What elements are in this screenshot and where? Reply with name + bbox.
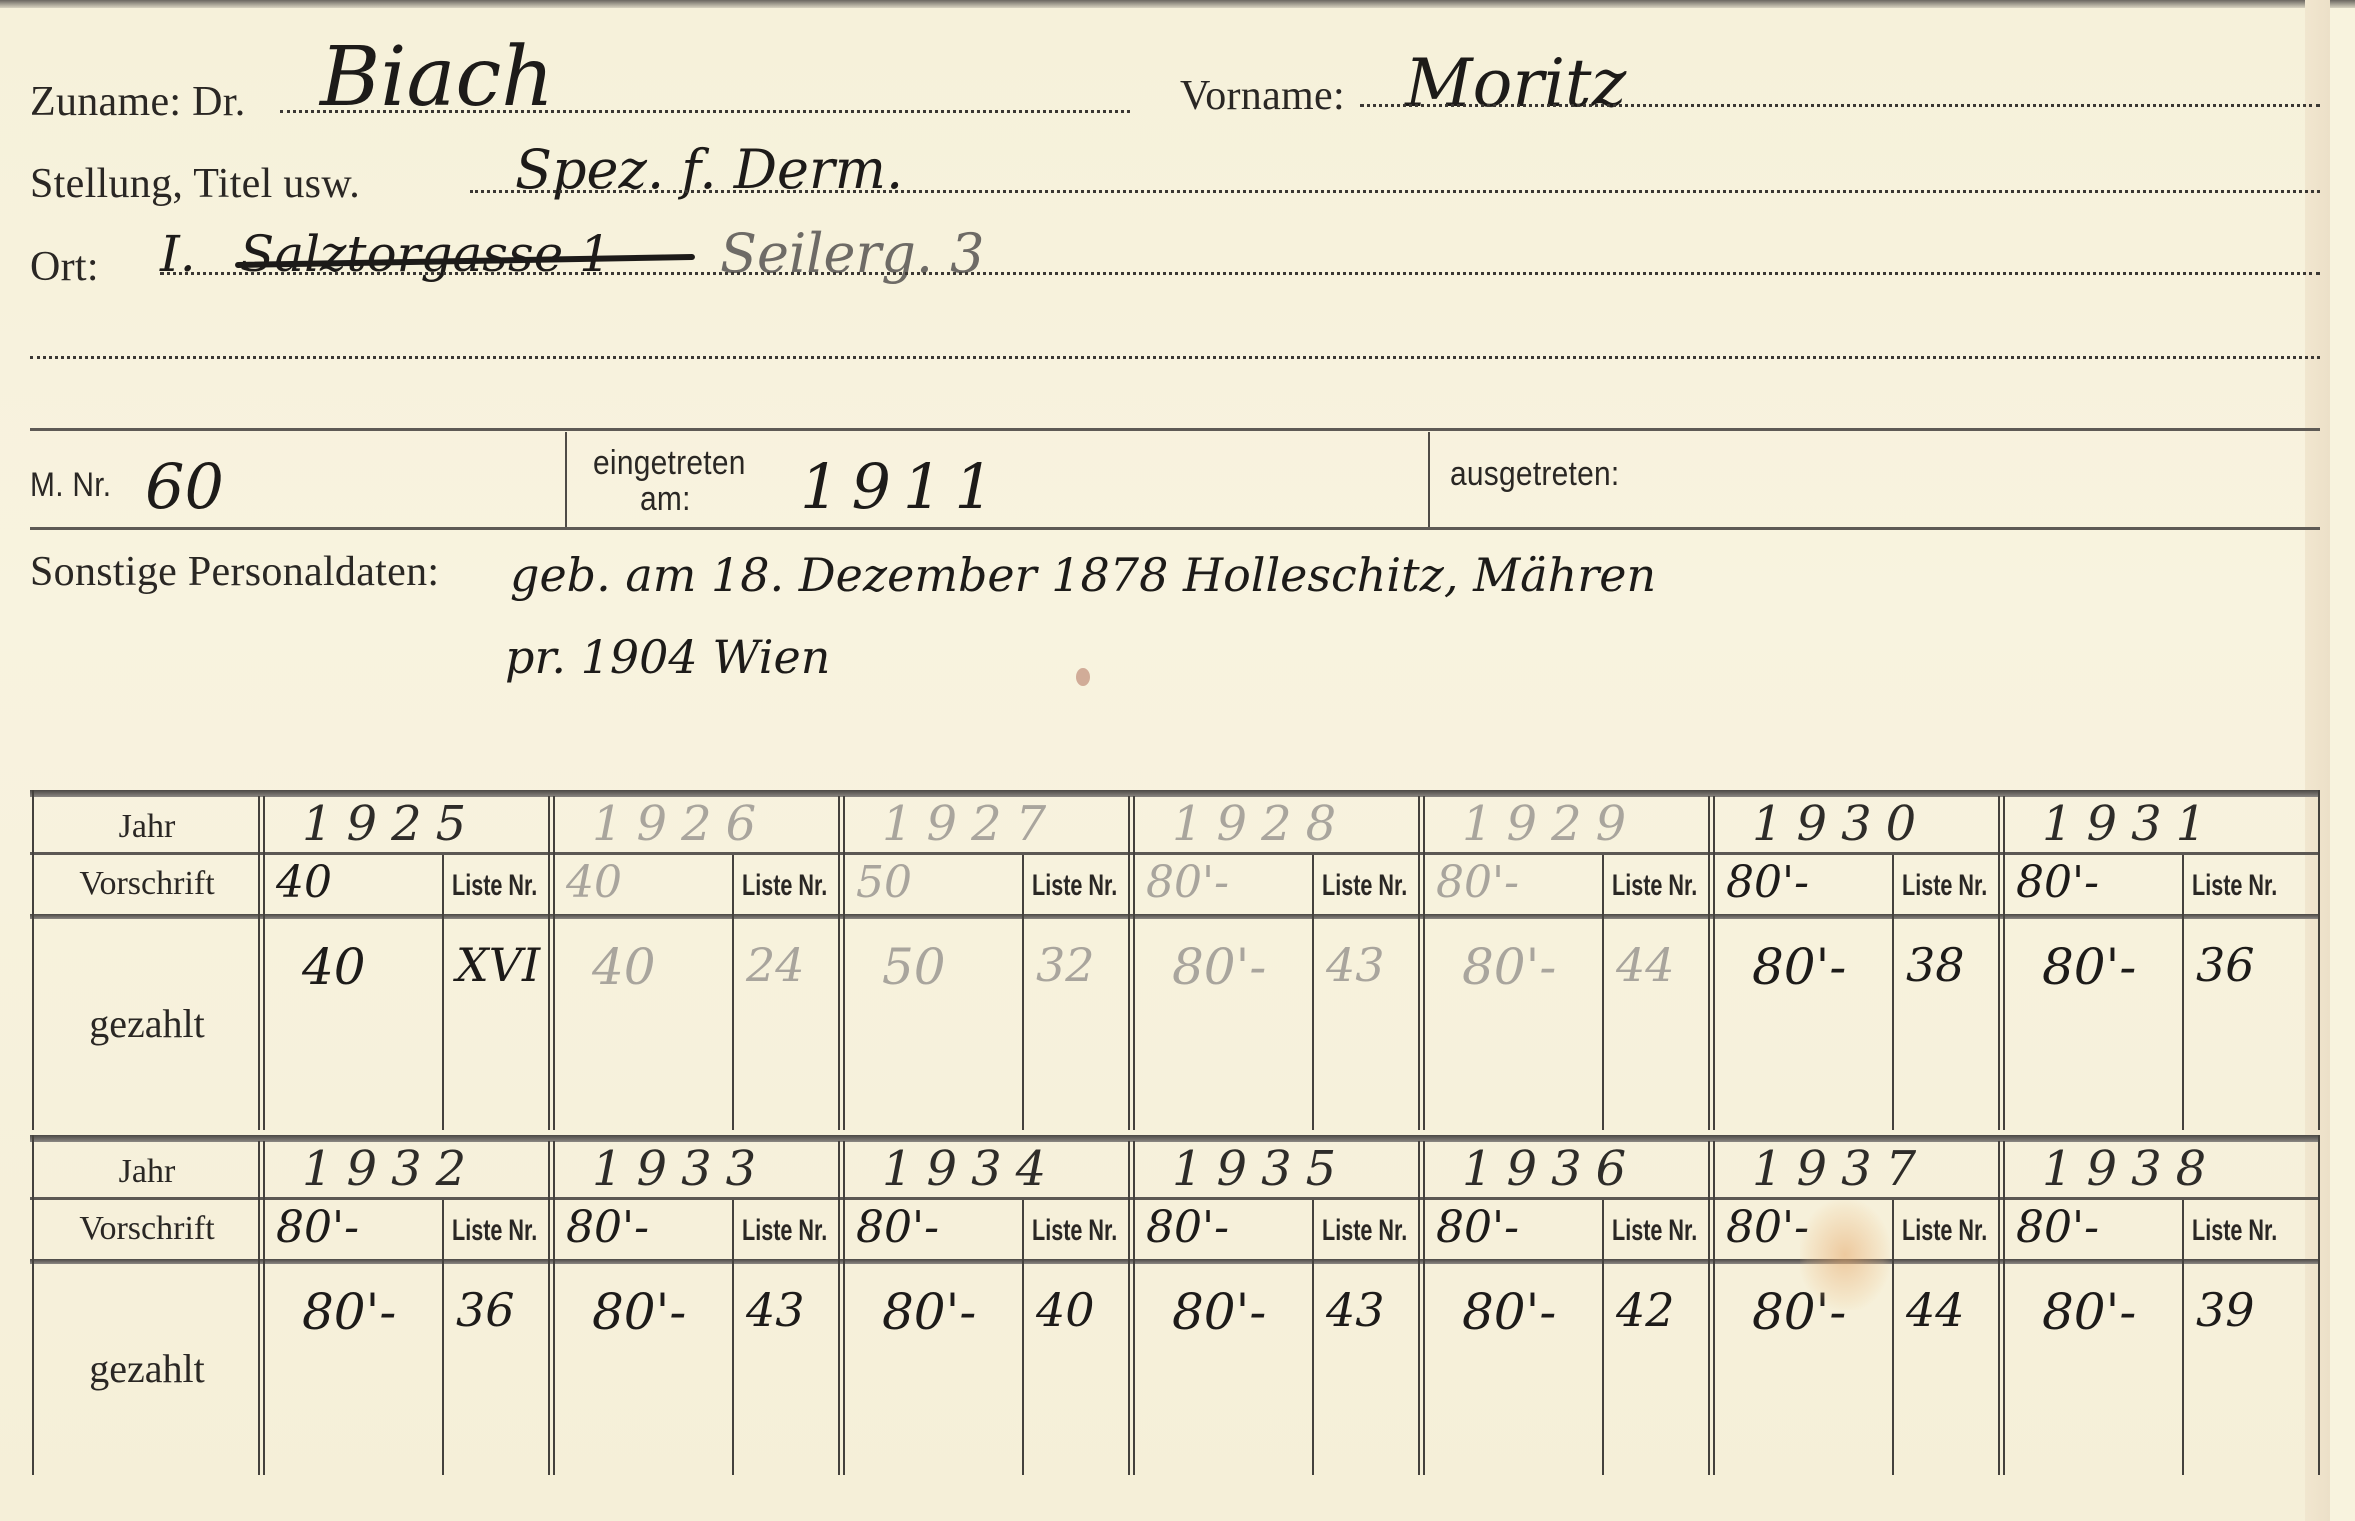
year-value: 1925 (302, 796, 480, 852)
blank-line (30, 356, 2320, 359)
row-label-vorschrift: Vorschrift (32, 1210, 262, 1248)
ausgetreten-label: ausgetreten: (1450, 455, 1620, 494)
vorname-label: Vorname: (1180, 72, 1345, 120)
year-divider (1418, 1141, 1425, 1475)
year-divider (258, 796, 265, 1130)
gezahlt-value: 80'- (1462, 1283, 1556, 1341)
liste-nr-value: 39 (2196, 1283, 2255, 1337)
liste-divider (732, 1200, 734, 1475)
liste-nr-value: XVI (456, 938, 540, 992)
liste-nr-value: 32 (1036, 938, 1095, 992)
liste-nr-value: 36 (2196, 938, 2255, 992)
divider (1428, 432, 1430, 527)
row-divider (30, 1197, 2320, 1200)
mnr-value: 60 (145, 450, 224, 523)
vorschrift-value: 80'- (2016, 1202, 2099, 1253)
liste-divider (442, 855, 444, 1130)
stellung-label: Stellung, Titel usw. (30, 160, 360, 208)
vorschrift-value: 40 (276, 857, 332, 908)
year-value: 1938 (2042, 1141, 2220, 1197)
year-divider (1128, 796, 1135, 1130)
ort-label: Ort: (30, 243, 99, 291)
year-value: 1936 (1462, 1141, 1640, 1197)
liste-nr-label: Liste Nr. (1032, 869, 1117, 903)
vorschrift-value: 50 (856, 857, 912, 908)
table-right-border (2318, 1135, 2320, 1475)
vorschrift-value: 40 (566, 857, 622, 908)
liste-nr-value: 43 (746, 1283, 805, 1337)
gezahlt-value: 40 (592, 938, 656, 996)
vorschrift-value: 80'- (276, 1202, 359, 1253)
liste-nr-label: Liste Nr. (1032, 1214, 1117, 1248)
mnr-label: M. Nr. (30, 466, 111, 505)
year-value: 1929 (1462, 796, 1640, 852)
liste-nr-label: Liste Nr. (742, 869, 827, 903)
year-divider (1418, 796, 1425, 1130)
liste-nr-value: 24 (746, 938, 805, 992)
ort-value: Seilerg. 3 (720, 222, 985, 285)
stain (1800, 1200, 1890, 1310)
liste-nr-label: Liste Nr. (452, 1214, 537, 1248)
vorschrift-value: 80'- (856, 1202, 939, 1253)
gezahlt-value: 80'- (1172, 1283, 1266, 1341)
eingetreten-label: eingetreten (593, 444, 746, 483)
section-rule-top (30, 428, 2320, 431)
row-label-jahr: Jahr (32, 808, 262, 846)
vorschrift-value: 80'- (1726, 857, 1809, 908)
liste-divider (442, 1200, 444, 1475)
liste-nr-label: Liste Nr. (1612, 1214, 1697, 1248)
section-rule-bottom (30, 527, 2320, 530)
year-value: 1926 (592, 796, 770, 852)
eingetreten-value: 1911 (800, 450, 1006, 523)
year-divider (838, 1141, 845, 1475)
gezahlt-value: 80'- (1752, 938, 1846, 996)
row-divider-heavy (30, 1259, 2320, 1264)
gezahlt-value: 80'- (302, 1283, 396, 1341)
vorschrift-value: 80'- (1146, 1202, 1229, 1253)
sonstige-line-1: geb. am 18. Dezember 1878 Holleschitz, M… (510, 548, 1656, 602)
liste-nr-value: 36 (456, 1283, 515, 1337)
year-divider (548, 1141, 555, 1475)
liste-nr-label: Liste Nr. (2192, 1214, 2277, 1248)
liste-divider (1312, 855, 1314, 1130)
row-divider (30, 852, 2320, 855)
year-divider (258, 1141, 265, 1475)
row-label-gezahlt: gezahlt (32, 1345, 262, 1392)
row-label-gezahlt: gezahlt (32, 1000, 262, 1047)
year-divider (1998, 1141, 2005, 1475)
vorschrift-value: 80'- (566, 1202, 649, 1253)
vorname-value: Moritz (1405, 45, 1626, 122)
liste-nr-label: Liste Nr. (452, 869, 537, 903)
liste-nr-label: Liste Nr. (1322, 869, 1407, 903)
year-value: 1932 (302, 1141, 480, 1197)
gezahlt-value: 80'- (1172, 938, 1266, 996)
sonstige-label: Sonstige Personaldaten: (30, 548, 439, 596)
liste-divider (1892, 855, 1894, 1130)
vorschrift-value: 80'- (2016, 857, 2099, 908)
vorschrift-value: 80'- (1436, 857, 1519, 908)
gezahlt-value: 80'- (2042, 938, 2136, 996)
liste-divider (1312, 1200, 1314, 1475)
liste-nr-label: Liste Nr. (1612, 869, 1697, 903)
liste-divider (1022, 1200, 1024, 1475)
year-value: 1931 (2042, 796, 2220, 852)
liste-nr-value: 42 (1616, 1283, 1675, 1337)
eingetreten-am-label: am: (640, 480, 691, 519)
gezahlt-value: 80'- (1462, 938, 1556, 996)
gezahlt-value: 80'- (592, 1283, 686, 1341)
row-label-jahr: Jahr (32, 1153, 262, 1191)
liste-divider (1602, 855, 1604, 1130)
year-divider (1998, 796, 2005, 1130)
liste-nr-value: 43 (1326, 938, 1385, 992)
year-value: 1927 (882, 796, 1060, 852)
card-top-shadow (0, 0, 2355, 8)
vorschrift-value: 80'- (1146, 857, 1229, 908)
liste-divider (732, 855, 734, 1130)
sonstige-line-2: pr. 1904 Wien (505, 630, 830, 684)
liste-divider (2182, 855, 2184, 1130)
gezahlt-value: 50 (882, 938, 946, 996)
gezahlt-value: 40 (302, 938, 366, 996)
liste-nr-label: Liste Nr. (1902, 869, 1987, 903)
row-divider-heavy (30, 914, 2320, 919)
liste-divider (2182, 1200, 2184, 1475)
year-value: 1937 (1752, 1141, 1930, 1197)
vorname-line (1360, 104, 2320, 107)
liste-nr-value: 40 (1036, 1283, 1095, 1337)
year-value: 1928 (1172, 796, 1350, 852)
gezahlt-value: 80'- (2042, 1283, 2136, 1341)
membership-card: Zuname: Dr. Biach Vorname: Moritz Stellu… (0, 0, 2330, 1521)
stellung-line (470, 190, 2320, 193)
year-divider (1128, 1141, 1135, 1475)
year-divider (838, 796, 845, 1130)
year-divider (1708, 796, 1715, 1130)
ort-line (160, 272, 2320, 275)
year-divider (1708, 1141, 1715, 1475)
liste-nr-label: Liste Nr. (742, 1214, 827, 1248)
divider (565, 432, 567, 527)
zuname-label: Zuname: Dr. (30, 78, 246, 126)
ink-spot (1076, 668, 1090, 686)
vorschrift-value: 80'- (1726, 1202, 1809, 1253)
liste-nr-value: 43 (1326, 1283, 1385, 1337)
liste-nr-label: Liste Nr. (1902, 1214, 1987, 1248)
row-label-vorschrift: Vorschrift (32, 865, 262, 903)
liste-divider (1022, 855, 1024, 1130)
year-divider (548, 796, 555, 1130)
liste-nr-value: 44 (1616, 938, 1675, 992)
vorschrift-value: 80'- (1436, 1202, 1519, 1253)
liste-divider (1602, 1200, 1604, 1475)
year-value: 1934 (882, 1141, 1060, 1197)
liste-nr-label: Liste Nr. (1322, 1214, 1407, 1248)
gezahlt-value: 80'- (882, 1283, 976, 1341)
zuname-line (280, 110, 1130, 113)
liste-nr-value: 38 (1906, 938, 1965, 992)
year-value: 1933 (592, 1141, 770, 1197)
year-value: 1930 (1752, 796, 1930, 852)
liste-nr-value: 44 (1906, 1283, 1965, 1337)
table-right-border (2318, 790, 2320, 1130)
liste-divider (1892, 1200, 1894, 1475)
year-value: 1935 (1172, 1141, 1350, 1197)
liste-nr-label: Liste Nr. (2192, 869, 2277, 903)
